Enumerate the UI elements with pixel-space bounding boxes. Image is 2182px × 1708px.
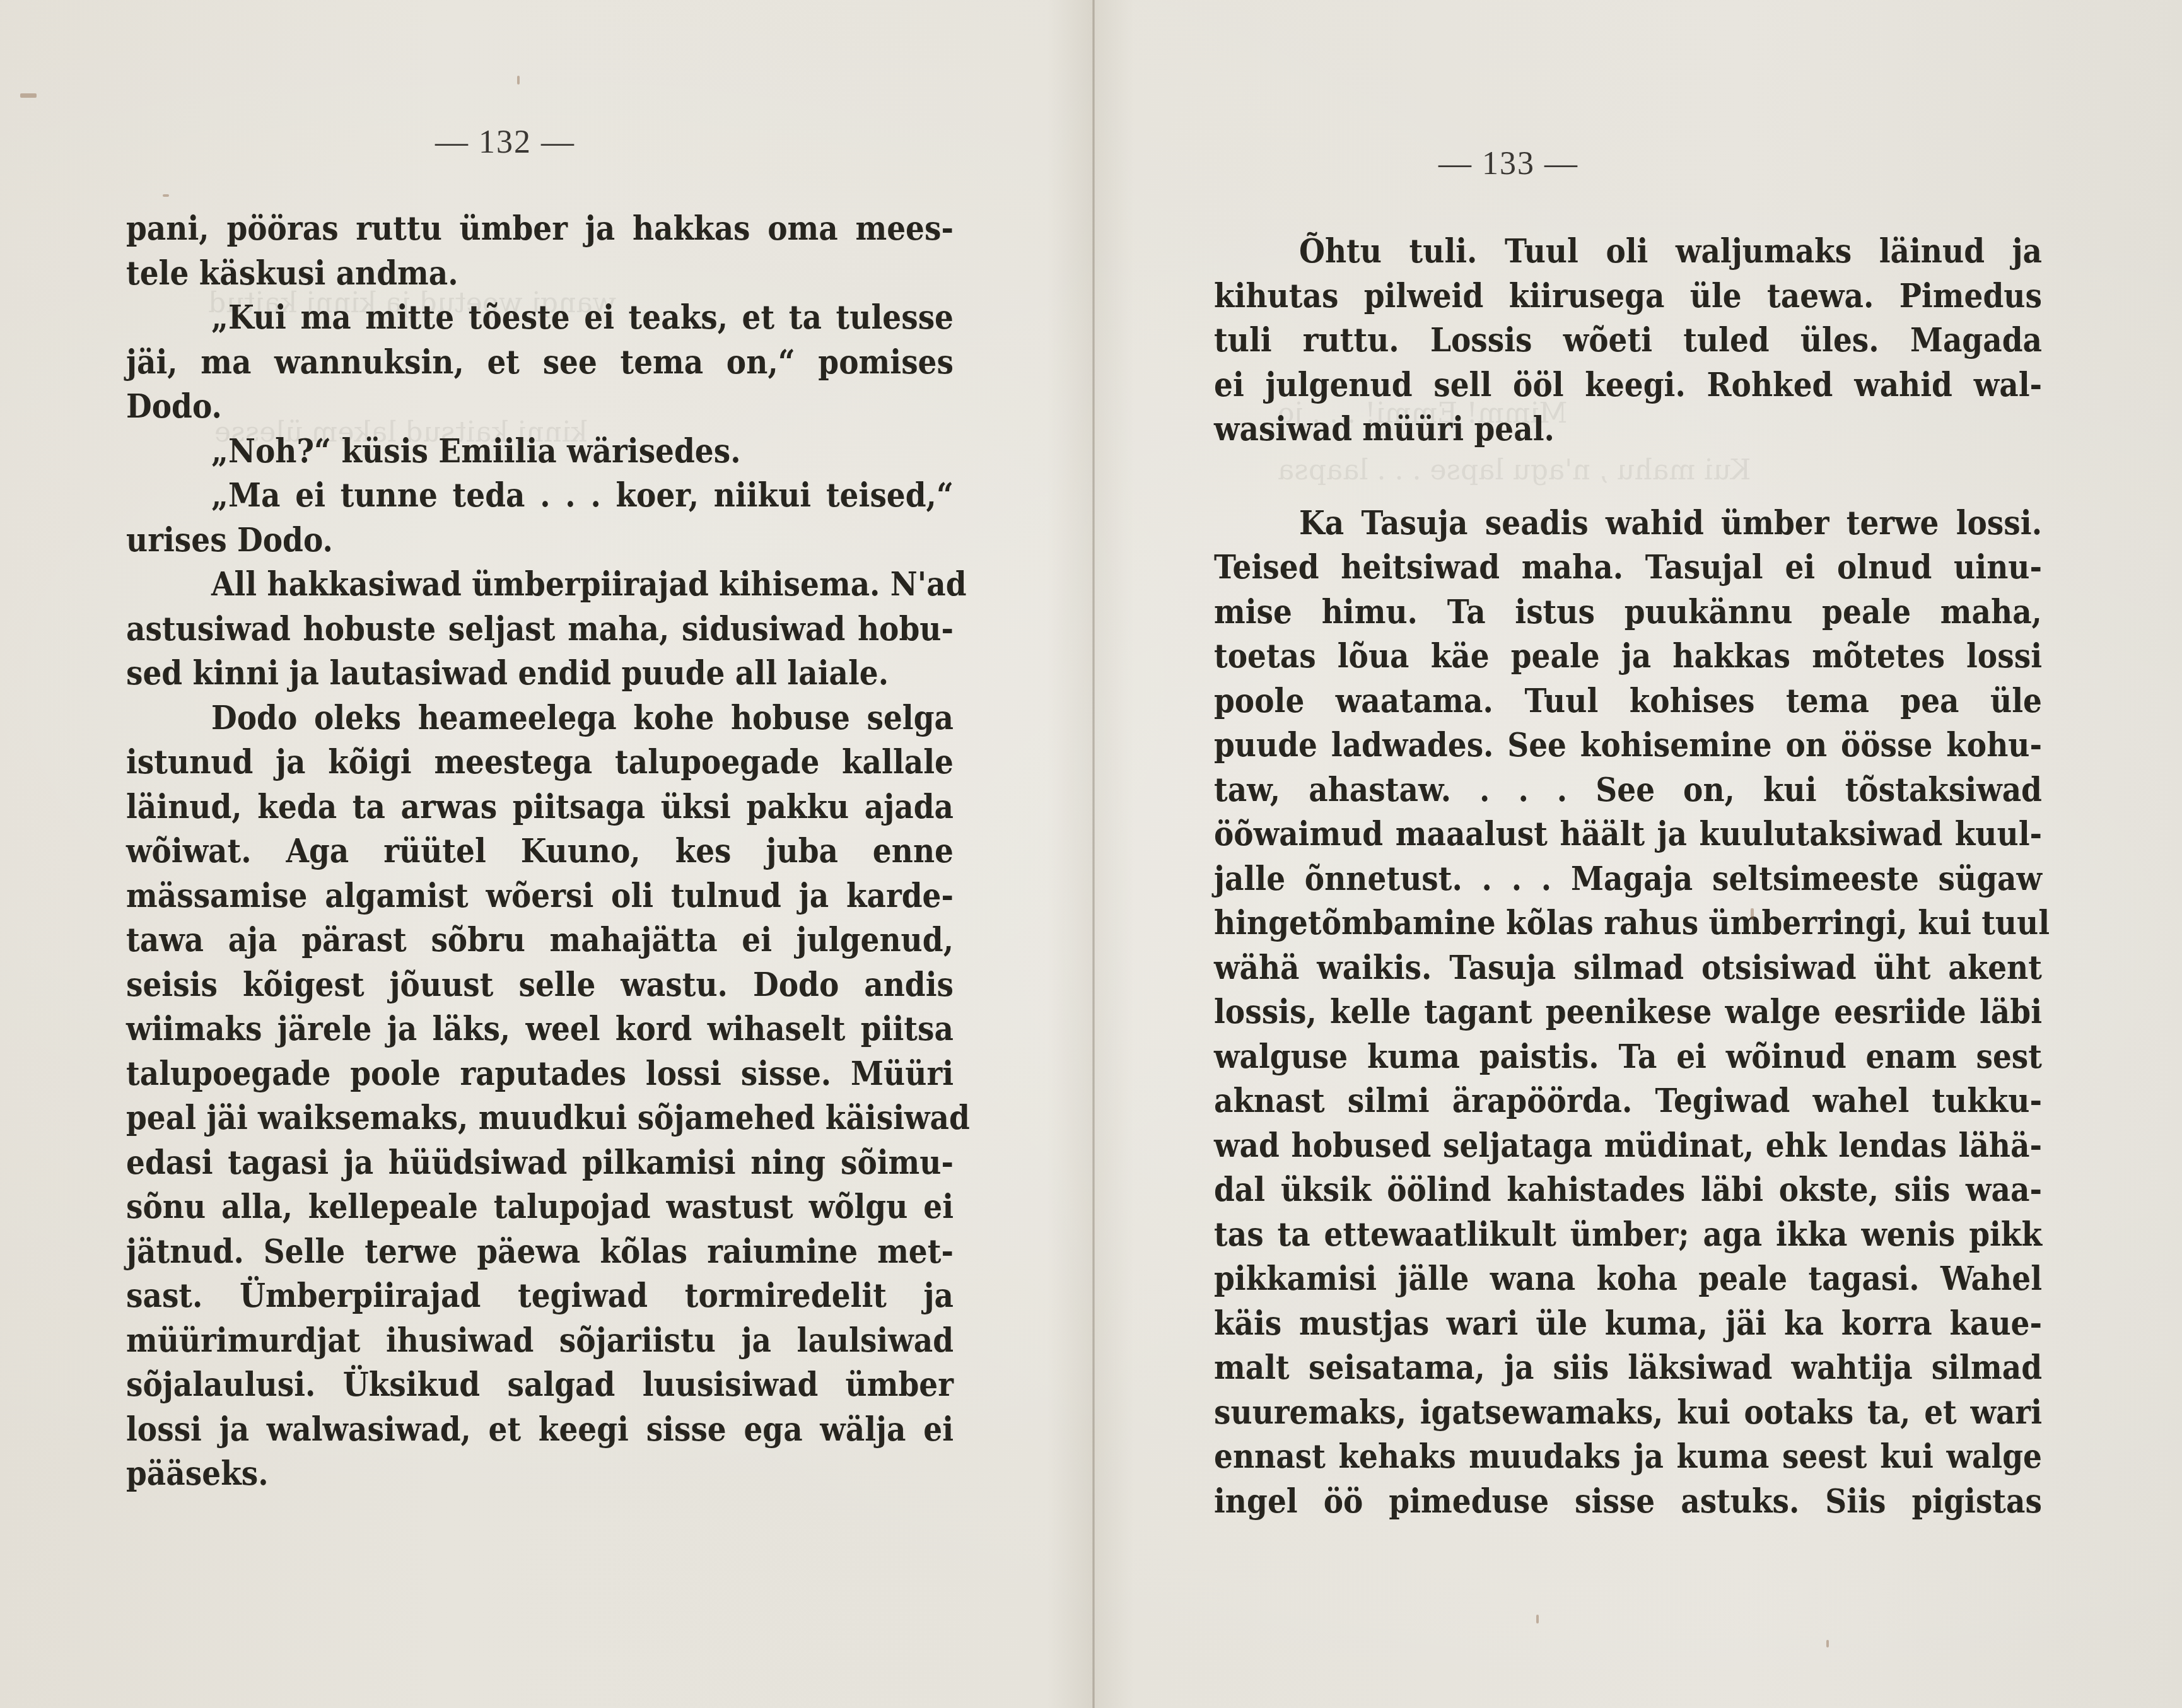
text-line: sed kinni ja lautasiwad endid puude all … <box>126 649 954 699</box>
text-line: wähä waikis. Tasuja silmad otsisiwad üht… <box>1214 943 2042 993</box>
text-line: wad hobused seljataga müdinat, ehk lenda… <box>1214 1121 2042 1171</box>
text-line: sast. Ümberpiirajad tegiwad tormiredelit… <box>126 1272 954 1321</box>
paper-speck <box>1536 1615 1539 1623</box>
text-line: Õhtu tuli. Tuul oli waljumaks läinud ja <box>1214 227 2042 277</box>
page-number: — 132 — <box>435 124 575 161</box>
page-body-text: pani, pööras ruttu ümber ja hakkas oma m… <box>126 207 954 1497</box>
text-line: jätnud. Selle terwe päewa kõlas raiumine… <box>126 1227 954 1277</box>
text-line: jalle õnnetust. . . . Magaja seltsimeest… <box>1214 854 2042 904</box>
text-line: müürimurdjat ihusiwad sõjariistu ja laul… <box>126 1316 954 1366</box>
text-line: urises Dodo. <box>126 515 954 565</box>
text-line: puude ladwades. See kohisemine on öösse … <box>1214 721 2042 771</box>
text-line: dal üksik öölind kahistades läbi okste, … <box>1214 1166 2042 1215</box>
text-line: lossi ja walwasiwad, et keegi sisse ega … <box>126 1405 954 1454</box>
text-line: wasiwad müüri peal. <box>1214 405 2042 455</box>
text-line: tas ta ettewaatlikult ümber; aga ikka we… <box>1214 1210 2042 1260</box>
text-line: tawa aja pärast sõbru mahajätta ei julge… <box>126 916 954 966</box>
text-line: taw, ahastaw. . . . See on, kui tõstaksi… <box>1214 765 2042 815</box>
text-line: Dodo. <box>126 382 954 432</box>
text-line: tuli ruttu. Lossis wõeti tuled üles. Mag… <box>1214 316 2042 366</box>
book-spread: wangi woetud ja kinni kaitud kinni kaits… <box>0 0 2182 1708</box>
text-line: hingetõmbamine kõlas rahus ümberringi, k… <box>1214 899 2042 949</box>
page-body-text: Õhtu tuli. Tuul oli waljumaks läinud ja … <box>1214 230 2042 1524</box>
text-line: tele käskusi andma. <box>126 249 954 298</box>
text-line: ei julgenud sell ööl keegi. Rohked wahid… <box>1214 360 2042 410</box>
text-line: talupoegade poole raputades lossi sisse.… <box>126 1049 954 1099</box>
text-line: wõiwat. Aga rüütel Kuuno, kes juba enne <box>126 827 954 877</box>
text-line: Ka Tasuja seadis wahid ümber terwe lossi… <box>1214 498 2042 548</box>
right-page: Mimm! Emmi! . . . jo Kui mahu , n'agu la… <box>1095 0 2182 1708</box>
paper-speck <box>1826 1640 1829 1647</box>
text-line: toetas lõua käe peale ja hakkas mõtetes … <box>1214 632 2042 682</box>
text-line: ingel öö pimeduse sisse astuks. Siis pig… <box>1214 1477 2042 1526</box>
text-line: poole waatama. Tuul kohises tema pea üle <box>1214 676 2042 726</box>
paper-speck <box>517 76 520 85</box>
text-line: „Kui ma mitte tõeste ei teaks, et ta tul… <box>126 293 954 343</box>
text-line: käis mustjas wari üle kuma, jäi ka korra… <box>1214 1299 2042 1348</box>
text-line: edasi tagasi ja hüüdsiwad pilkamisi ning… <box>126 1138 954 1188</box>
text-line: mise himu. Ta istus puukännu peale maha, <box>1214 587 2042 637</box>
text-line: All hakkasiwad ümberpiirajad kihisema. N… <box>126 560 954 610</box>
text-line: suuremaks, igatsewamaks, kui ootaks ta, … <box>1214 1388 2042 1437</box>
text-line: mässamise algamist wõersi oli tulnud ja … <box>126 871 954 921</box>
text-line: pani, pööras ruttu ümber ja hakkas oma m… <box>126 204 954 254</box>
text-line: jäi, ma wannuksin, et see tema on,“ pomi… <box>126 337 954 387</box>
text-line: istunud ja kõigi meestega talupoegade ka… <box>126 738 954 788</box>
text-line: malt seisatama, ja siis läksiwad wahtija… <box>1214 1343 2042 1393</box>
text-line: läinud, keda ta arwas piitsaga üksi pakk… <box>126 782 954 832</box>
text-line: seisis kõigest jõuust selle wastu. Dodo … <box>126 960 954 1010</box>
text-line: kihutas pilweid kiirusega üle taewa. Pim… <box>1214 271 2042 321</box>
text-line: sõnu alla, kellepeale talupojad wastust … <box>126 1183 954 1232</box>
text-line: „Ma ei tunne teda . . . koer, niikui tei… <box>126 471 954 521</box>
text-line: lossis, kelle tagant peenikese walge ees… <box>1214 988 2042 1038</box>
page-number: — 133 — <box>1438 145 1578 182</box>
text-line: „Noh?“ küsis Emiilia wärisedes. <box>126 426 954 476</box>
text-line: ennast kehaks muudaks ja kuma seest kui … <box>1214 1432 2042 1482</box>
text-line: pääseks. <box>126 1449 954 1499</box>
paper-speck <box>1751 908 1754 920</box>
text-line: wiimaks järele ja läks, weel kord wihase… <box>126 1005 954 1055</box>
text-line: sõjalaulusi. Üksikud salgad luusisiwad ü… <box>126 1360 954 1410</box>
paper-speck <box>163 194 169 197</box>
left-page: wangi woetud ja kinni kaitud kinni kaits… <box>0 0 1092 1708</box>
text-line: öõwaimud maaalust häält ja kuulutaksiwad… <box>1214 810 2042 860</box>
paper-speck <box>20 93 37 98</box>
text-line: pikkamisi jälle wana koha peale tagasi. … <box>1214 1255 2042 1304</box>
text-line: Teised heitsiwad maha. Tasujal ei olnud … <box>1214 543 2042 593</box>
text-line: walguse kuma paistis. Ta ei wõinud enam … <box>1214 1032 2042 1082</box>
section-break <box>1214 452 2042 501</box>
text-line: aknast silmi ärapöörda. Tegiwad wahel tu… <box>1214 1077 2042 1126</box>
text-line: astusiwad hobuste seljast maha, sidusiwa… <box>126 604 954 654</box>
text-line: peal jäi waiksemaks, muudkui sõjamehed k… <box>126 1094 954 1144</box>
text-line: Dodo oleks heameelega kohe hobuse selga <box>126 693 954 743</box>
